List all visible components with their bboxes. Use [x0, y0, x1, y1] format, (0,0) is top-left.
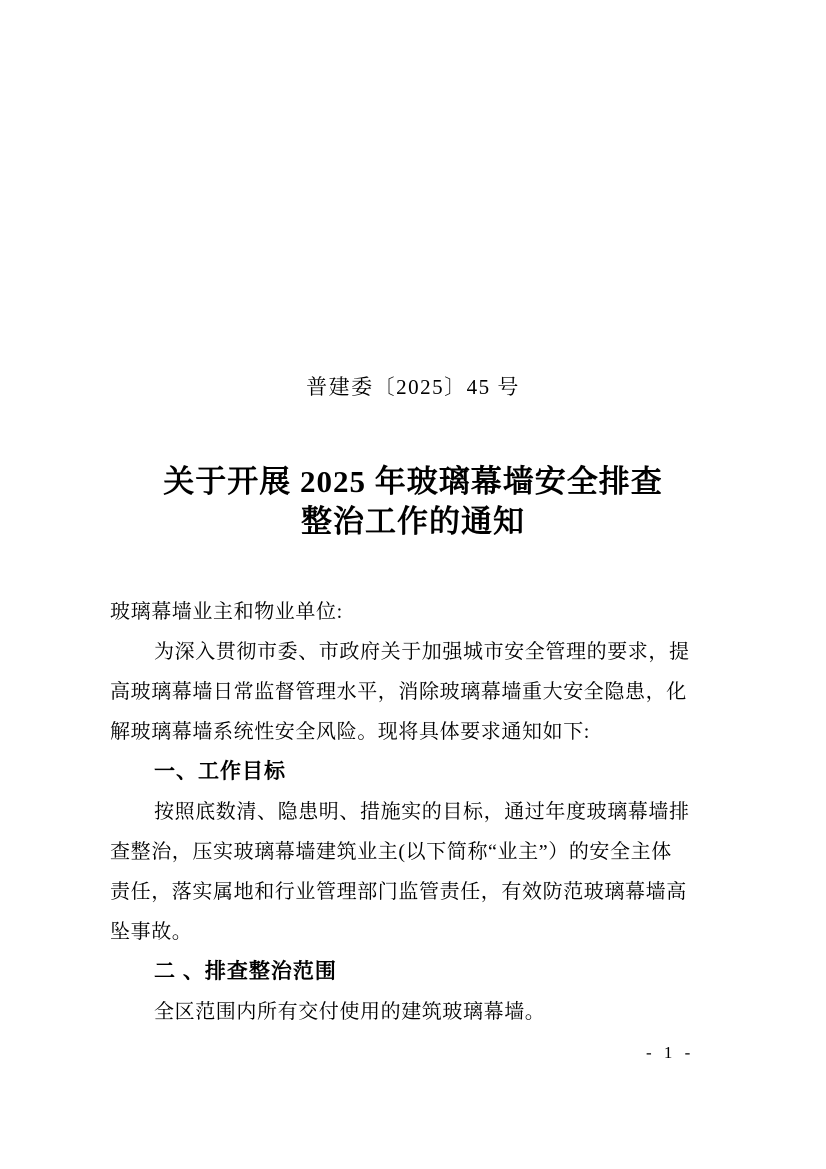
paragraph-1-line-1: 为深入贯彻市委、市政府关于加强城市安全管理的要求，提 [110, 632, 735, 672]
document-title-line-2: 整治工作的通知 [0, 502, 826, 542]
paragraph-1-line-3: 解玻璃幕墙系统性安全风险。现将具体要求通知如下: [110, 712, 735, 752]
document-page: 普建委〔2025〕45 号 关于开展 2025 年玻璃幕墙安全排查 整治工作的通… [0, 0, 826, 1169]
paragraph-2-line-1: 按照底数清、隐患明、措施实的目标，通过年度玻璃幕墙排 [110, 792, 735, 832]
document-body: 玻璃幕墙业主和物业单位: 为深入贯彻市委、市政府关于加强城市安全管理的要求，提 … [110, 592, 735, 1032]
page-number: - 1 - [646, 1043, 694, 1063]
paragraph-1-line-2: 高玻璃幕墙日常监督管理水平，消除玻璃幕墙重大安全隐患，化 [110, 672, 735, 712]
section-heading-1: 一、工作目标 [110, 752, 735, 792]
document-title: 关于开展 2025 年玻璃幕墙安全排查 整治工作的通知 [0, 462, 826, 542]
paragraph-2-line-2: 查整治，压实玻璃幕墙建筑业主(以下简称“业主”）的安全主体 [110, 832, 735, 872]
paragraph-3-line-1: 全区范围内所有交付使用的建筑玻璃幕墙。 [110, 992, 735, 1032]
paragraph-2-line-4: 坠事故。 [110, 912, 735, 952]
salutation-line: 玻璃幕墙业主和物业单位: [110, 592, 735, 632]
paragraph-2-line-3: 责任，落实属地和行业管理部门监管责任，有效防范玻璃幕墙高 [110, 872, 735, 912]
document-title-line-1: 关于开展 2025 年玻璃幕墙安全排查 [0, 462, 826, 502]
section-heading-2: 二 、排查整治范围 [110, 952, 735, 992]
document-reference-number: 普建委〔2025〕45 号 [0, 371, 826, 401]
